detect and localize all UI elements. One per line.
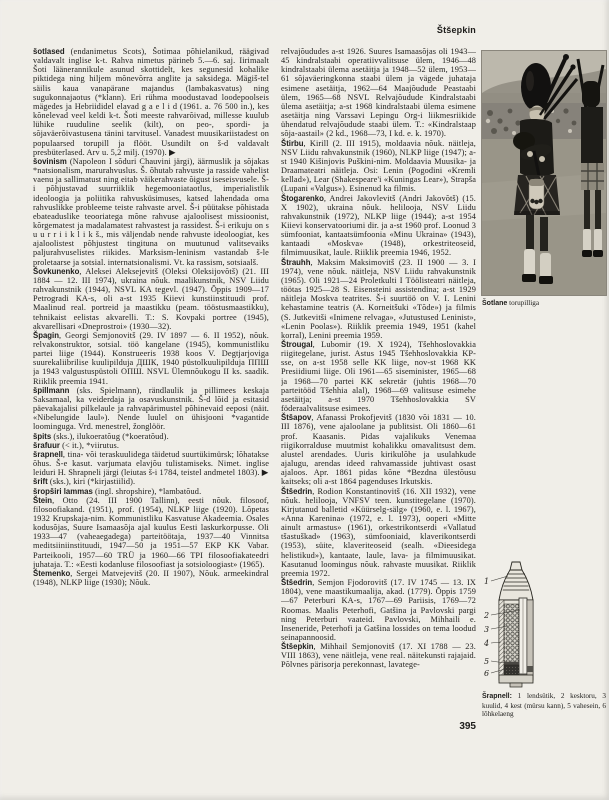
encyclopedia-entry: Štšedrin, Rodion Konstantinovitš (16. XI… — [281, 487, 476, 579]
spat-right — [540, 253, 551, 278]
shrapnel-balls — [504, 604, 519, 662]
encyclopedia-entry: Štogarenko, Andrei Jakovlevitš (Andri Ja… — [281, 194, 476, 258]
entry-term: Štrauhh — [281, 258, 310, 267]
entry-term: špillmann — [33, 386, 69, 395]
entry-term: Štšedrin — [281, 578, 312, 587]
photo-caption-term: Šotlane — [482, 300, 507, 307]
encyclopedia-entry: špits (sks.), ilukoeratõug (*koeratõud). — [33, 432, 269, 441]
diaphragm — [504, 662, 519, 665]
entry-term: šrafuur — [33, 441, 60, 450]
shrapnel-diagram-image: 1 2 3 4 5 6 — [478, 558, 606, 690]
diagram-caption: Šrapnell: 1 lendsütik, 2 kesktoru, 3 kuu… — [482, 692, 606, 719]
diagram-label-3: 3 — [484, 625, 489, 634]
bursting-charge — [504, 665, 519, 675]
text-column-left: šotlased (endanimetus Scots), Šotimaa põ… — [33, 47, 269, 719]
encyclopedia-entry: Štšepkin, Mihhail Semjonovitš (17. XI 17… — [281, 642, 476, 669]
entry-term: Štemenko — [33, 569, 70, 578]
entry-term: Štrougal — [281, 340, 313, 349]
diagram-label-6: 6 — [484, 669, 489, 678]
encyclopedia-entry: šrift (sks.), kiri (*kirjastiilid). — [33, 477, 269, 486]
fuse-nose — [499, 570, 533, 600]
photo-caption: Šotlane torupilliga — [482, 299, 606, 309]
encyclopedia-entry: Štein, Otto (24. III 1900 Tallinn), eest… — [33, 496, 269, 569]
running-head: Štšepkin — [277, 25, 476, 35]
shell-base — [499, 675, 533, 683]
encyclopedia-entry: šrafuur (< it.), *viirutus. — [33, 441, 269, 450]
encyclopedia-entry: Štšedrin, Semjon Fjodorovitš (17. IV 174… — [281, 578, 476, 642]
diagram-label-1: 1 — [484, 577, 489, 586]
entry-term: šrapnell — [33, 450, 63, 459]
encyclopedia-entry: Štrougal, Lubomir (19. X 1924), Tšehhosl… — [281, 340, 476, 413]
diagram-label-2: 2 — [483, 611, 489, 620]
encyclopedia-page: Štšepkin šotlased (endanimetus Scots), Š… — [0, 0, 609, 800]
bagpiper-photo — [482, 51, 606, 295]
entry-term: Štšepkin — [281, 642, 314, 651]
shell-casing-wall — [499, 600, 504, 680]
encyclopedia-entry: Špagin, Georgi Semjonovitš (29. IV 1897 … — [33, 331, 269, 386]
encyclopedia-entry: Štirbu, Kirill (2. III 1915), moldaavia … — [281, 139, 476, 194]
diagram-caption-term: Šrapnell: — [482, 693, 512, 700]
photo-caption-text: torupilliga — [509, 299, 539, 307]
encyclopedia-entry: šovinism (Napoleon I sõduri Chauvini jär… — [33, 157, 269, 267]
entry-term: Štšedrin — [281, 487, 312, 496]
encyclopedia-entry: Štšapov, Afanassi Prokofjevitš (1830 või… — [281, 413, 476, 486]
encyclopedia-entry: šotlased (endanimetus Scots), Šotimaa põ… — [33, 47, 269, 157]
entry-term: Špagin — [33, 331, 59, 340]
fuse-tip — [510, 562, 522, 570]
spat-left — [524, 249, 535, 276]
bagpiper-photo-image — [482, 51, 606, 295]
diagram-label-4: 4 — [483, 639, 489, 648]
entry-term: šovinism — [33, 157, 67, 166]
encyclopedia-entry: šropširi lammas (ingl. shropshire), *lam… — [33, 487, 269, 496]
entry-term: šropširi lammas — [33, 487, 93, 496]
entry-term: Štein — [33, 496, 52, 505]
shrapnel-diagram: 1 2 3 4 5 6 — [478, 558, 606, 690]
entry-term: Šovkunenko — [33, 267, 79, 276]
text-column-right: relvajõududes a-st 1926. Suures Isamaasõ… — [281, 47, 476, 719]
entry-term: špits — [33, 432, 51, 441]
encyclopedia-entry: šrapnell, tina- või teraskuulidega täide… — [33, 450, 269, 477]
entry-term: Štogarenko — [281, 194, 324, 203]
entry-term: Štirbu — [281, 139, 304, 148]
encyclopedia-entry: Šovkunenko, Aleksei Aleksejevitš (Oleksi… — [33, 267, 269, 331]
entry-term: Štšapov — [281, 413, 311, 422]
encyclopedia-entry: Štemenko, Sergei Matvejevitš (20. II 190… — [33, 569, 269, 587]
encyclopedia-entry: relvajõududes a-st 1926. Suures Isamaasõ… — [281, 47, 476, 139]
shell-outline — [499, 562, 533, 687]
diagram-label-5: 5 — [484, 657, 489, 666]
entry-term: šotlased — [33, 47, 65, 56]
entry-term: šrift — [33, 477, 48, 486]
driving-band — [527, 666, 533, 672]
encyclopedia-entry: Štrauhh, Maksim Maksimovitš (23. II 1900… — [281, 258, 476, 340]
encyclopedia-entry: špillmann (sks. Spielmann), rändlaulik j… — [33, 386, 269, 432]
page-number: 395 — [377, 721, 476, 732]
